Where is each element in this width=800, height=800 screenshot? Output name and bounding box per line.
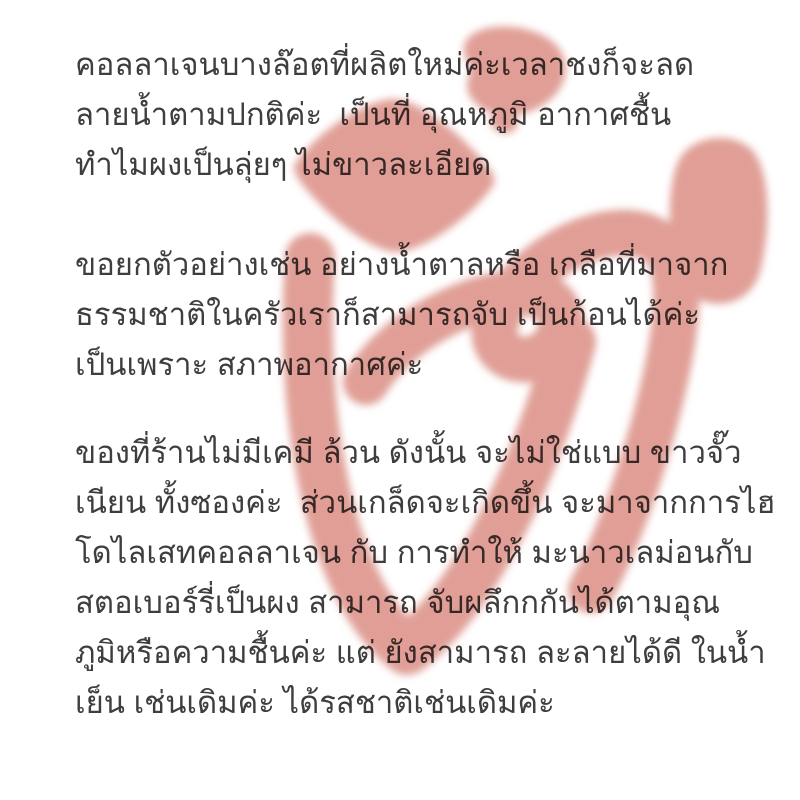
text-line: ภูมิหรือความชื้นค่ะ แต่ ยังสามารถ ละลายไ…	[75, 628, 735, 678]
text-line: ขอยกตัวอย่างเช่น อย่างน้ำตาลหรือ เกลือที…	[75, 240, 735, 290]
text-image-page: คอลลาเจนบางล๊อตที่ผลิตใหม่ค่ะเวลาชงก็จะล…	[0, 0, 800, 800]
text-line: คอลลาเจนบางล๊อตที่ผลิตใหม่ค่ะเวลาชงก็จะล…	[75, 40, 735, 90]
text-line: เย็น เช่นเดิมค่ะ ได้รสชาติเช่นเดิมค่ะ	[75, 678, 735, 728]
text-line: ธรรมชาติในครัวเราก็สามารถจับ เป็นก้อนได้…	[75, 290, 735, 340]
text-line: โดไลเสทคอลลาเจน กับ การทำให้ มะนาวเลม่อน…	[75, 528, 735, 578]
text-line: เป็นเพราะ สภาพอากาศค่ะ	[75, 340, 735, 390]
message-text: คอลลาเจนบางล๊อตที่ผลิตใหม่ค่ะเวลาชงก็จะล…	[75, 40, 735, 759]
text-line: เนียน ทั้งซองค่ะ ส่วนเกล็ดจะเกิดขึ้น จะม…	[75, 478, 735, 528]
text-line: ของที่ร้านไม่มีเคมี ล้วน ดังนั้น จะไม่ใช…	[75, 428, 735, 478]
text-line: สตอเบอร์รี่เป็นผง สามารถ จับผลึกกกันได้ต…	[75, 578, 735, 628]
text-line: ลายน้ำตามปกติค่ะ เป็นที่ อุณหภูมิ อากาศช…	[75, 90, 735, 140]
text-line: ทำไมผงเป็นลุ่ยๆ ไม่ขาวละเอียด	[75, 140, 735, 190]
